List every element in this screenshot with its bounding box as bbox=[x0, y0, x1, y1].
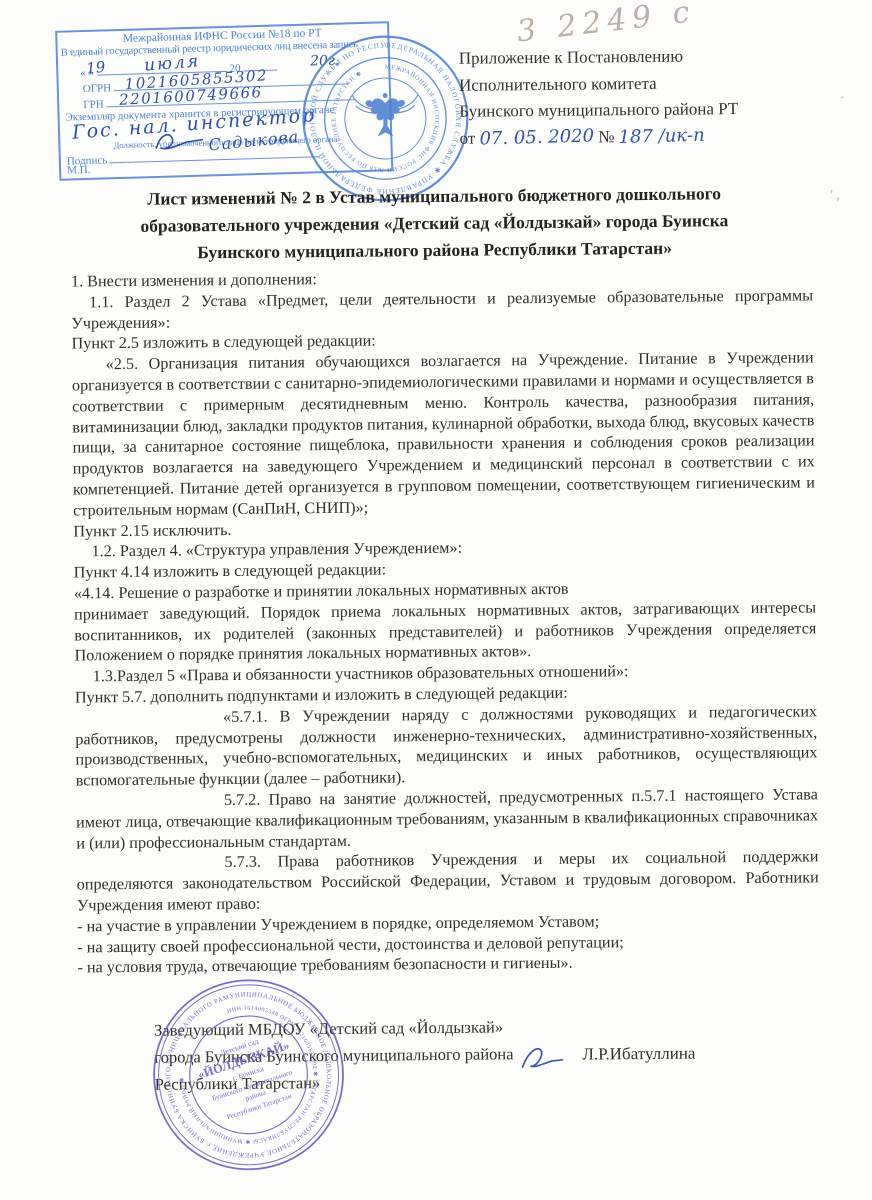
grn-label: ГРН bbox=[83, 98, 104, 111]
handwritten-day: 19 bbox=[85, 58, 106, 78]
annex-from-label: от bbox=[459, 128, 475, 147]
annex-line-1: Приложение к Постановлению bbox=[459, 42, 829, 72]
director-name: Л.Р.Ибатуллина bbox=[582, 1044, 695, 1065]
annex-line-4: от 07. 05. 2020 № 187 /ик-п bbox=[459, 122, 829, 152]
body-paragraph: 5.7.3. Права работников Учреждения и мер… bbox=[76, 847, 819, 917]
body-paragraph: «2.5. Организация питания обучающихся во… bbox=[72, 348, 816, 521]
body-paragraph: принимает заведующий. Порядок приема лок… bbox=[74, 597, 817, 667]
annex-reference: Приложение к Постановлению Исполнительно… bbox=[459, 42, 830, 152]
annex-number-handwritten: 187 /ик-п bbox=[618, 122, 705, 151]
scan-speck: · bbox=[840, 91, 845, 107]
document-title: Лист изменений № 2 в Устав муниципальног… bbox=[56, 179, 813, 267]
annex-number-label: № bbox=[598, 127, 614, 146]
document-body: 1. Внести изменения и дополнения: 1.1. Р… bbox=[71, 264, 820, 978]
body-paragraph: «5.7.1. В Учреждении наряду с должностям… bbox=[75, 701, 818, 791]
pencil-note: 3 2249 с bbox=[515, 0, 697, 49]
annex-line-2: Исполнительного комитета bbox=[459, 69, 829, 99]
scanned-document-page: Межрайонная ИФНС России №18 по РТ В един… bbox=[0, 0, 872, 1200]
annex-date-handwritten: 07. 05. 2020 bbox=[479, 123, 594, 153]
inspector-signature-icon bbox=[152, 128, 209, 156]
scan-tilt-wrapper: Межрайонная ИФНС России №18 по РТ В един… bbox=[0, 0, 872, 1200]
kindergarten-round-stamp: МУНИЦИПАЛЬНОЕ БЮДЖЕТНОЕ ДОШКОЛЬНОЕ ОБРАЗ… bbox=[124, 951, 372, 1199]
annex-line-3: Буинского муниципального района РТ bbox=[459, 95, 829, 125]
ogrn-label: ОГРН bbox=[83, 82, 112, 95]
director-signature-icon bbox=[516, 1041, 568, 1075]
scan-speck: ’ , bbox=[829, 188, 840, 204]
body-paragraph: 5.7.2. Право на занятие должностей, пред… bbox=[76, 784, 819, 854]
double-eagle-icon bbox=[352, 93, 419, 136]
body-paragraph: 1.1. Раздел 2 Устава «Предмет, цели деят… bbox=[71, 285, 813, 334]
stamp-seal-label: М.П. bbox=[67, 164, 91, 177]
